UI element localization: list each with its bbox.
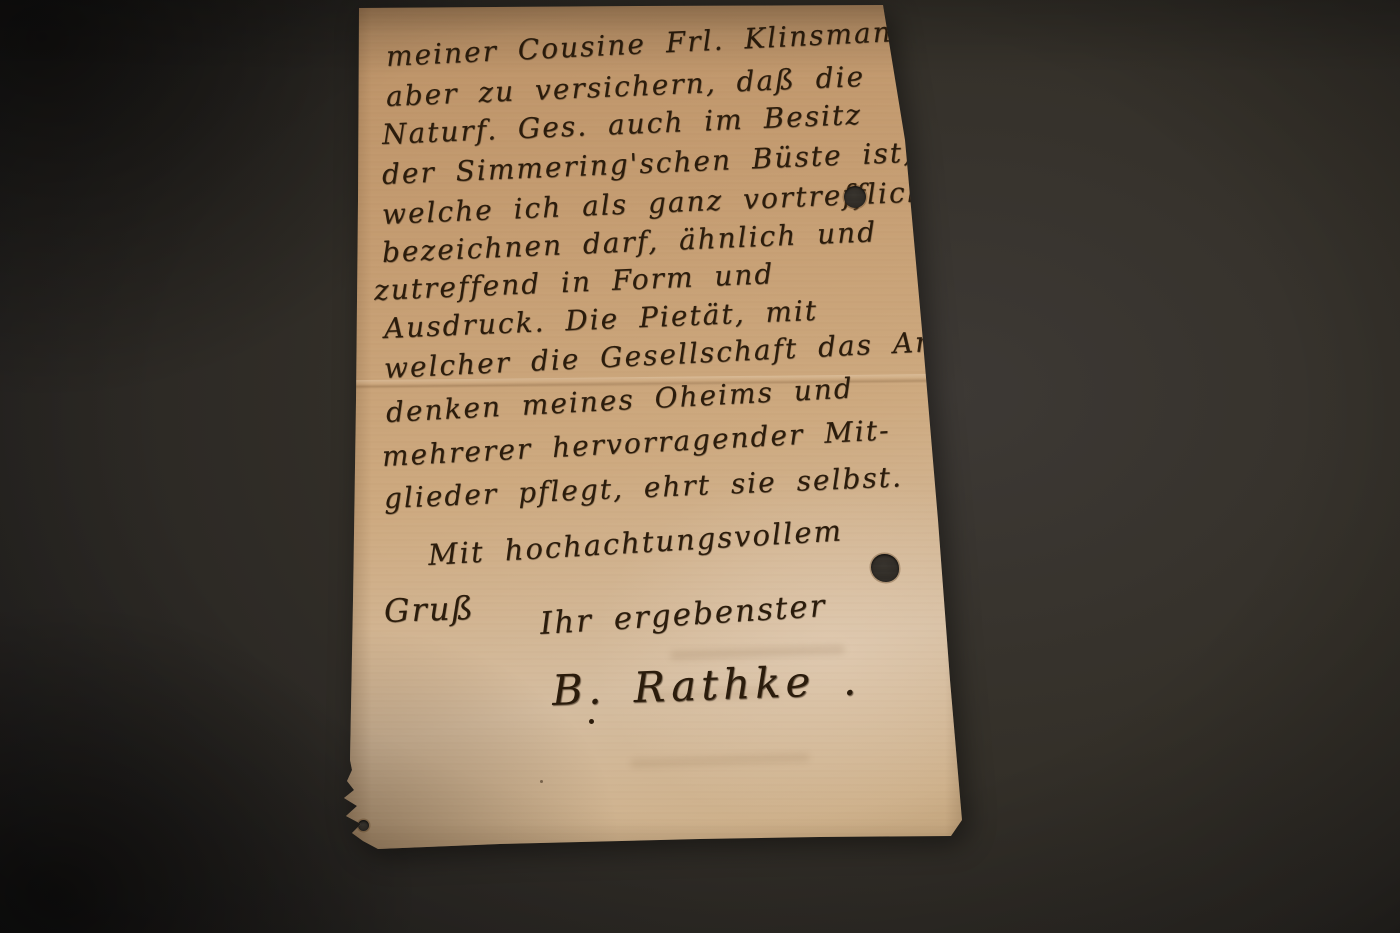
valediction: Ihr ergebenster [539, 588, 828, 642]
torn-corner-hole [358, 820, 369, 831]
closing-line: Mit hochachtungsvollem [427, 513, 844, 572]
photo-background: meiner Cousine Frl. Klinsmann aber zu ve… [0, 0, 1400, 933]
ink-speck [589, 719, 594, 724]
ink-speck [540, 780, 543, 783]
ink-showthrough [630, 753, 810, 768]
punch-hole-lower [871, 554, 899, 582]
signature: B. Rathke . [551, 655, 862, 715]
paper-sheet: meiner Cousine Frl. Klinsmann aber zu ve… [340, 0, 970, 856]
letter-paper: meiner Cousine Frl. Klinsmann aber zu ve… [340, 0, 970, 856]
punch-hole-upper [844, 186, 866, 208]
closing-word: Gruß [383, 589, 475, 630]
